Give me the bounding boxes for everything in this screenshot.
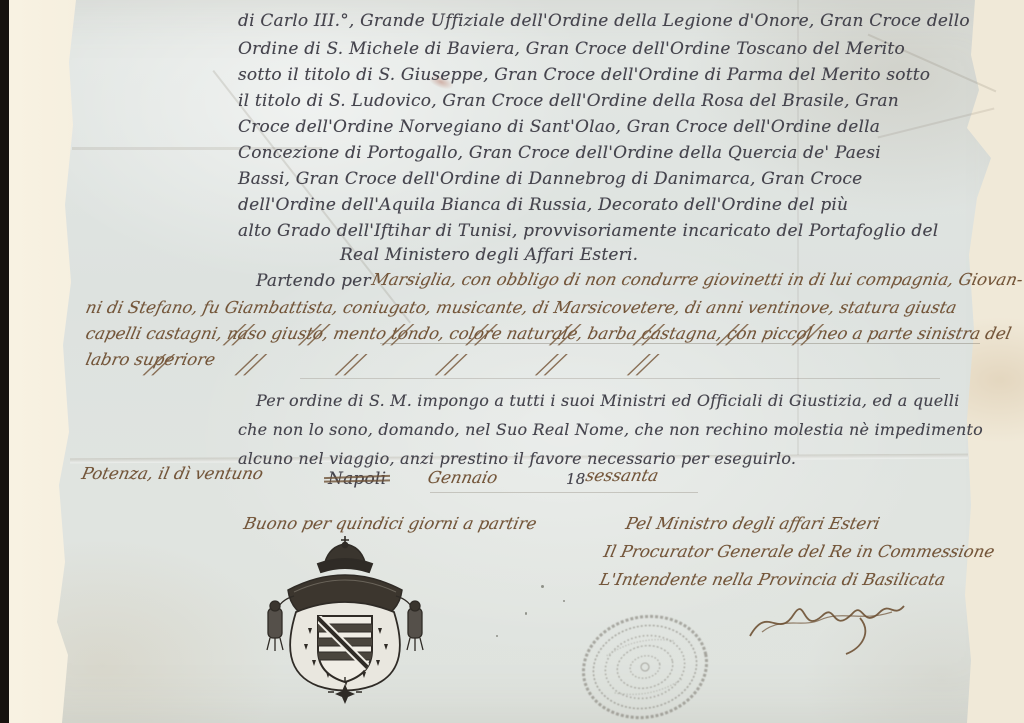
cancellation-strokes-row: ∕∕ ∕∕ ∕∕ ∕∕ ∕∕ ∕∕ ∕∕ ∕∕ <box>223 322 823 348</box>
printed-titles-line: il titolo di S. Ludovico, Gran Croce del… <box>238 88 899 114</box>
injunction-line: Per ordine di S. M. impongo a tutti i su… <box>256 388 959 414</box>
printed-titles-line: Ordine di S. Michele di Baviera, Gran Cr… <box>238 36 905 62</box>
hand-destination-line: Marsiglia, con obbligo di non condurre g… <box>369 268 1024 292</box>
ministry-line: Real Ministero degli Affari Esteri. <box>340 242 638 268</box>
city-printed-struck: Napoli <box>328 466 386 492</box>
scanned-passport-document: di Carlo III.°, Grande Uffiziale dell'Or… <box>0 0 1024 723</box>
printed-titles-line: Bassi, Gran Croce dell'Ordine di Dannebr… <box>238 166 862 192</box>
year-printed-prefix: 18 <box>566 466 586 492</box>
signature-flourish <box>742 588 922 658</box>
partendo-per-label: Partendo per <box>256 268 371 294</box>
printed-titles-line: dell'Ordine dell'Aquila Bianca di Russia… <box>238 192 848 218</box>
hand-description-line: ni di Stefano, fu Giambattista, coniugat… <box>83 296 958 320</box>
injunction-line: che non lo sono, domando, nel Suo Real N… <box>238 417 983 443</box>
printed-titles-line: di Carlo III.°, Grande Uffiziale dell'Or… <box>238 8 970 34</box>
ink-stamp <box>570 608 720 723</box>
authority-line: Pel Ministro degli affari Esteri <box>623 512 882 536</box>
printed-titles-line: sotto il titolo di S. Giuseppe, Gran Cro… <box>238 62 930 88</box>
hand-place-date: Potenza, il dì ventuno <box>79 462 265 486</box>
authority-line: Il Procurator Generale del Re in Commess… <box>601 540 996 564</box>
coat-of-arms <box>250 532 440 717</box>
foxing-dot <box>525 612 527 615</box>
printed-titles-line: Concezione di Portogallo, Gran Croce del… <box>238 140 881 166</box>
blank-field-rule <box>380 343 980 344</box>
hand-month: Gennaio <box>425 466 499 490</box>
foxing-dot <box>496 635 498 637</box>
hand-year: sessanta <box>583 464 660 488</box>
date-field-rule <box>430 492 698 493</box>
printed-titles-line: alto Grado dell'Iftihar di Tunisi, provv… <box>238 218 938 244</box>
blank-field-rule <box>300 378 940 379</box>
injunction-line: alcuno nel viaggio, anzi prestino il fav… <box>238 446 796 472</box>
crown-icon <box>318 536 372 572</box>
printed-titles-line: Croce dell'Ordine Norvegiano di Sant'Ola… <box>238 114 880 140</box>
foxing-dot <box>563 600 565 602</box>
foxing-dot <box>541 585 544 588</box>
cancellation-strokes-row: ∕∕ ∕∕ ∕∕ ∕∕ ∕∕ ∕∕ <box>143 352 659 378</box>
